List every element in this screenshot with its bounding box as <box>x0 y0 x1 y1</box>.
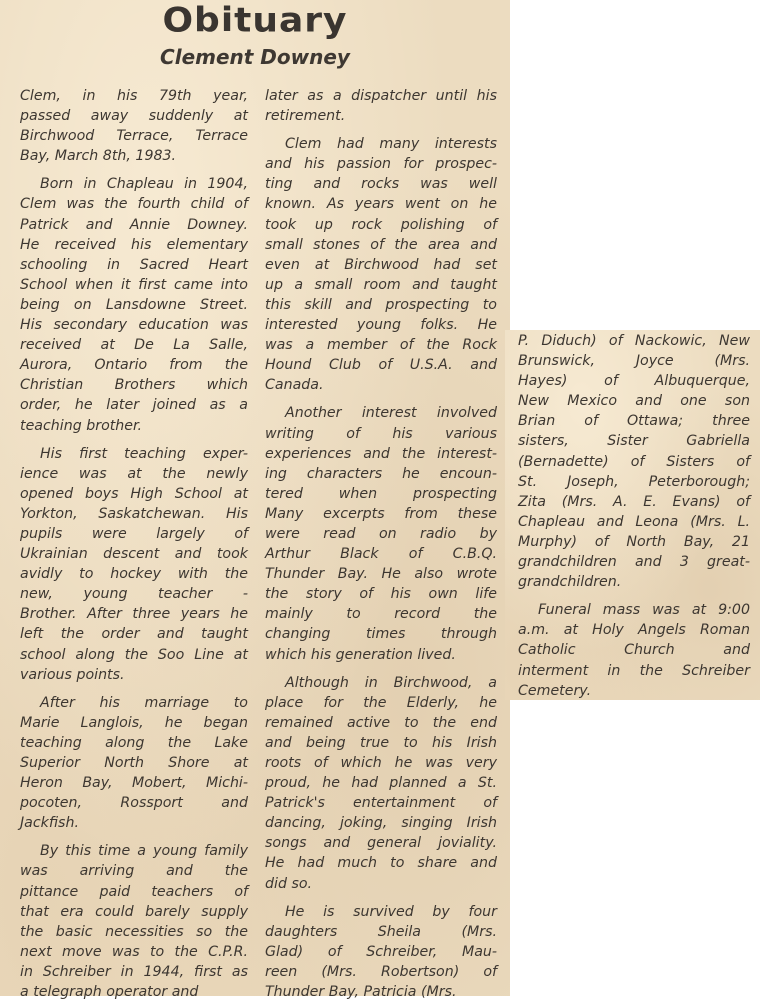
text-line: a telegraph operator and <box>20 982 248 1000</box>
text-line: Clem had many interests <box>265 134 497 154</box>
text-line: remained active to the end <box>265 713 497 733</box>
text-line: was a member of the Rock <box>265 335 497 355</box>
text-line: Yorkton, Saskatchewan. His <box>20 504 248 524</box>
text-line: writing of his various <box>265 424 497 444</box>
text-line: Arthur Black of C.B.Q. <box>265 544 497 564</box>
text-line: Brunswick, Joyce (Mrs. <box>518 351 750 371</box>
text-line: mainly to record the <box>265 604 497 624</box>
text-line: Superior North Shore at <box>20 753 248 773</box>
text-line: opened boys High School at <box>20 484 248 504</box>
paragraph: Although in Birchwood, aplace for the El… <box>265 673 497 894</box>
text-line: up a small room and taught <box>265 275 497 295</box>
page-title: Obituary <box>0 1 510 41</box>
text-line: songs and general joviality. <box>265 833 497 853</box>
text-line: avidly to hockey with the <box>20 564 248 584</box>
paragraph-gap <box>20 166 248 174</box>
text-line: His secondary education was <box>20 315 248 335</box>
paragraph-gap <box>20 436 248 444</box>
text-line: known. As years went on he <box>265 194 497 214</box>
text-line: Born in Chapleau in 1904, <box>20 174 248 194</box>
paragraph: By this time a young familywas arriving … <box>20 841 248 1000</box>
text-line: School when it first came into <box>20 275 248 295</box>
text-line: being on Lansdowne Street. <box>20 295 248 315</box>
text-line: even at Birchwood had set <box>265 255 497 275</box>
text-line: Clem, in his 79th year, <box>20 86 248 106</box>
text-line: Brother. After three years he <box>20 604 248 624</box>
text-line: order, he later joined as a <box>20 395 248 415</box>
text-line: Hayes) of Albuquerque, <box>518 371 750 391</box>
text-line: Birchwood Terrace, Terrace <box>20 126 248 146</box>
text-line: Heron Bay, Mobert, Michi- <box>20 773 248 793</box>
text-line: that era could barely supply <box>20 902 248 922</box>
text-line: daughters Sheila (Mrs. <box>265 922 497 942</box>
text-line: did so. <box>265 874 497 894</box>
paragraph: P. Diduch) of Nackowic, NewBrunswick, Jo… <box>518 331 750 592</box>
text-line: was arriving and the <box>20 861 248 881</box>
text-line: place for the Elderly, he <box>265 693 497 713</box>
text-line: teaching along the Lake <box>20 733 248 753</box>
text-line: teaching brother. <box>20 416 248 436</box>
text-line: Jackfish. <box>20 813 248 833</box>
paragraph-gap <box>265 894 497 902</box>
text-line: pocoten, Rossport and <box>20 793 248 813</box>
text-line: ing characters he encoun- <box>265 464 497 484</box>
masthead: Obituary Clement Downey <box>0 0 510 72</box>
text-line: Many excerpts from these <box>265 504 497 524</box>
text-line: dancing, joking, singing Irish <box>265 813 497 833</box>
text-line: After his marriage to <box>20 693 248 713</box>
text-line: He had much to share and <box>265 853 497 873</box>
paragraph: He is survived by fourdaughters Sheila (… <box>265 902 497 1000</box>
text-line: left the order and taught <box>20 624 248 644</box>
paragraph: Born in Chapleau in 1904,Clem was the fo… <box>20 174 248 435</box>
text-line: Bay, March 8th, 1983. <box>20 146 248 166</box>
text-line: reen (Mrs. Robertson) of <box>265 962 497 982</box>
text-line: Thunder Bay, Patricia (Mrs. <box>265 982 497 1000</box>
text-line: interment in the Schreiber <box>518 661 750 681</box>
text-line: Zita (Mrs. A. E. Evans) of <box>518 492 750 512</box>
text-line: Another interest involved <box>265 403 497 423</box>
text-line: He is survived by four <box>265 902 497 922</box>
paragraph-gap <box>265 126 497 134</box>
text-line: Murphy) of North Bay, 21 <box>518 532 750 552</box>
text-line: He received his elementary <box>20 235 248 255</box>
text-line: grandchildren and 3 great- <box>518 552 750 572</box>
column-1: Clem, in his 79th year,passed away sudde… <box>20 86 248 1000</box>
paragraph: Clem, in his 79th year,passed away sudde… <box>20 86 248 166</box>
text-line: this skill and prospecting to <box>265 295 497 315</box>
text-line: the story of his own life <box>265 584 497 604</box>
text-line: (Bernadette) of Sisters of <box>518 452 750 472</box>
deceased-name: Clement Downey <box>0 42 510 72</box>
text-line: Canada. <box>265 375 497 395</box>
text-line: Funeral mass was at 9:00 <box>518 600 750 620</box>
text-line: and his passion for prospec- <box>265 154 497 174</box>
text-line: school along the Soo Line at <box>20 645 248 665</box>
text-line: St. Joseph, Peterborough; <box>518 472 750 492</box>
text-line: Christian Brothers which <box>20 375 248 395</box>
text-line: Glad) of Schreiber, Mau- <box>265 942 497 962</box>
text-line: new, young teacher - <box>20 584 248 604</box>
paragraph: After his marriage toMarie Langlois, he … <box>20 693 248 834</box>
text-line: roots of which he was very <box>265 753 497 773</box>
text-line: New Mexico and one son <box>518 391 750 411</box>
text-line: a.m. at Holy Angels Roman <box>518 620 750 640</box>
text-line: retirement. <box>265 106 497 126</box>
text-line: Ukrainian descent and took <box>20 544 248 564</box>
text-line: By this time a young family <box>20 841 248 861</box>
paragraph-gap <box>20 685 248 693</box>
text-line: experiences and the interest- <box>265 444 497 464</box>
text-line: interested young folks. He <box>265 315 497 335</box>
text-line: P. Diduch) of Nackowic, New <box>518 331 750 351</box>
text-line: ience was at the newly <box>20 464 248 484</box>
text-line: next move was to the C.P.R. <box>20 942 248 962</box>
text-line: Patrick and Annie Downey. <box>20 215 248 235</box>
text-line: in Schreiber in 1944, first as <box>20 962 248 982</box>
text-line: which his generation lived. <box>265 645 497 665</box>
paragraph: later as a dispatcher until hisretiremen… <box>265 86 497 126</box>
text-line: small stones of the area and <box>265 235 497 255</box>
text-line: sisters, Sister Gabriella <box>518 431 750 451</box>
text-line: Clem was the fourth child of <box>20 194 248 214</box>
text-line: pupils were largely of <box>20 524 248 544</box>
paragraph-gap <box>20 833 248 841</box>
text-line: the basic necessities so the <box>20 922 248 942</box>
column-3: P. Diduch) of Nackowic, NewBrunswick, Jo… <box>518 331 750 701</box>
text-line: took up rock polishing of <box>265 215 497 235</box>
paragraph-gap <box>518 592 750 600</box>
text-line: pittance paid teachers of <box>20 882 248 902</box>
text-line: later as a dispatcher until his <box>265 86 497 106</box>
text-line: grandchildren. <box>518 572 750 592</box>
paragraph: Clem had many interestsand his passion f… <box>265 134 497 395</box>
text-line: tered when prospecting <box>265 484 497 504</box>
text-line: schooling in Sacred Heart <box>20 255 248 275</box>
text-line: received at De La Salle, <box>20 335 248 355</box>
text-line: His first teaching exper- <box>20 444 248 464</box>
text-line: Cemetery. <box>518 681 750 701</box>
text-line: Aurora, Ontario from the <box>20 355 248 375</box>
text-line: and being true to his Irish <box>265 733 497 753</box>
text-line: ting and rocks was well <box>265 174 497 194</box>
text-line: were read on radio by <box>265 524 497 544</box>
text-line: Chapleau and Leona (Mrs. L. <box>518 512 750 532</box>
text-line: passed away suddenly at <box>20 106 248 126</box>
column-2: later as a dispatcher until hisretiremen… <box>265 86 497 1000</box>
text-line: changing times through <box>265 624 497 644</box>
text-line: Catholic Church and <box>518 640 750 660</box>
paragraph: His first teaching exper-ience was at th… <box>20 444 248 685</box>
text-line: Brian of Ottawa; three <box>518 411 750 431</box>
paragraph-gap <box>265 665 497 673</box>
paragraph-gap <box>265 395 497 403</box>
text-line: Although in Birchwood, a <box>265 673 497 693</box>
paragraph: Another interest involvedwriting of his … <box>265 403 497 664</box>
text-line: Thunder Bay. He also wrote <box>265 564 497 584</box>
text-line: various points. <box>20 665 248 685</box>
text-line: proud, he had planned a St. <box>265 773 497 793</box>
text-line: Marie Langlois, he began <box>20 713 248 733</box>
text-line: Hound Club of U.S.A. and <box>265 355 497 375</box>
text-line: Patrick's entertainment of <box>265 793 497 813</box>
paragraph: Funeral mass was at 9:00a.m. at Holy Ang… <box>518 600 750 700</box>
